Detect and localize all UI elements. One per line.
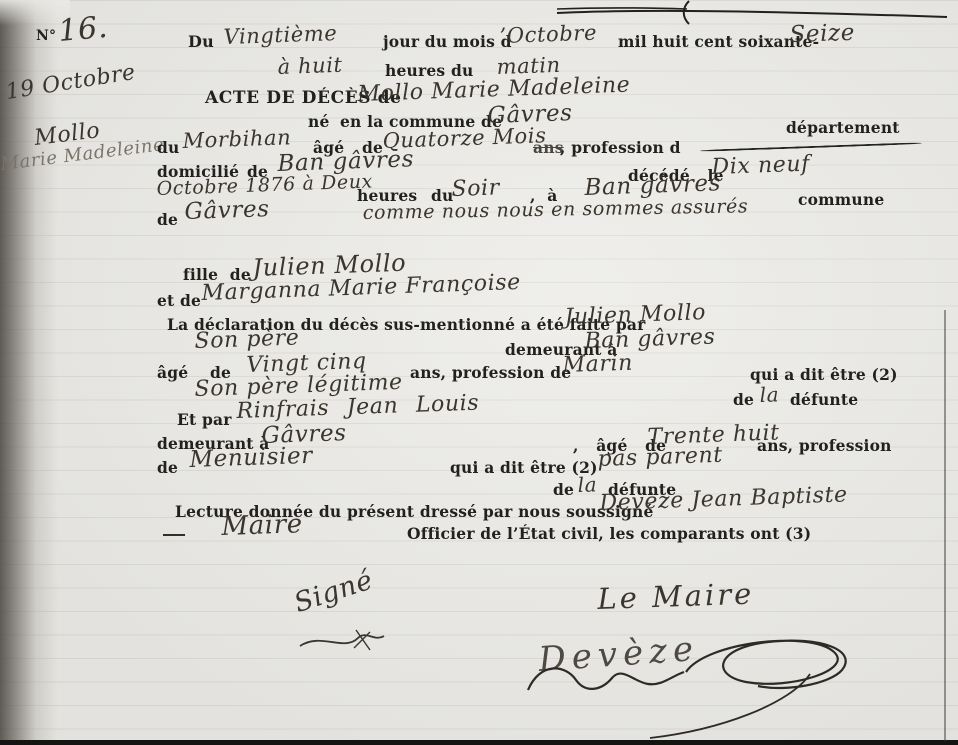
du2-label: du [157, 138, 180, 157]
mayor-caption: Le Maire [597, 577, 755, 616]
officier-label: Officier de l’État civil, les comparants… [407, 524, 811, 543]
profession1-label: ans, profession de [410, 363, 571, 382]
month-written: ’Octobre [499, 21, 597, 48]
day-written: Vingtième [223, 21, 338, 49]
declarant1-residence: Ban gâvres [584, 324, 716, 354]
profession2-label: ans, profession [757, 436, 892, 455]
declarant1-profession: Marin [562, 351, 633, 378]
month-label: jour du mois d [383, 32, 512, 51]
profession-label: , profession d [560, 138, 681, 157]
declarant2-profession: Menuisier [189, 443, 313, 473]
death-certificate-scan: N° 16. 19 Octobre Mollo Marie Madeleine … [0, 0, 958, 745]
commune-value: Gâvres [184, 196, 270, 225]
quiadit1-label: qui a dit être (2) [750, 365, 898, 384]
du-label: Du [188, 32, 214, 51]
defunte1-label: défunte [790, 390, 858, 409]
title-dash [163, 534, 185, 536]
de-label2: de [157, 210, 178, 229]
deces-day: Dix neuf [711, 152, 810, 180]
hour-label: heures du [385, 61, 473, 80]
officiant-title: Maire [221, 509, 303, 542]
hour-written: à huit [277, 53, 343, 79]
book-binding-shadow [0, 0, 58, 745]
declarant2-quality: pas parent [597, 443, 723, 472]
year-written: Seize [789, 20, 855, 48]
page-right-edge [944, 310, 946, 742]
etde-label: et de [157, 291, 201, 310]
act-number-value: 16. [57, 10, 109, 49]
left-signature: Signé [290, 565, 376, 619]
left-signature-flourish [296, 628, 396, 658]
de3-label: de [157, 458, 178, 477]
top-ink-line [555, 0, 955, 28]
departement-label: département [786, 118, 900, 137]
quiadit2-label: qui a dit être (2) [450, 458, 598, 477]
commune-label2: commune [798, 190, 884, 209]
declarant1-relation: Son père [194, 325, 300, 354]
profession-blank-stroke [700, 142, 922, 152]
etpar-label: Et par [177, 410, 232, 429]
mayor-signature-flourish [510, 612, 880, 742]
defunte2-de-label: de [553, 480, 574, 499]
defunte1-la-written: la [759, 382, 779, 407]
born-label: né [308, 112, 330, 131]
deces-period: Soir [451, 175, 500, 202]
defunte1-de-label: de [733, 390, 754, 409]
departement-value: Morbihan [182, 125, 291, 153]
act-number-label: N° [36, 28, 56, 44]
defunte2-la-written: la [577, 472, 597, 497]
